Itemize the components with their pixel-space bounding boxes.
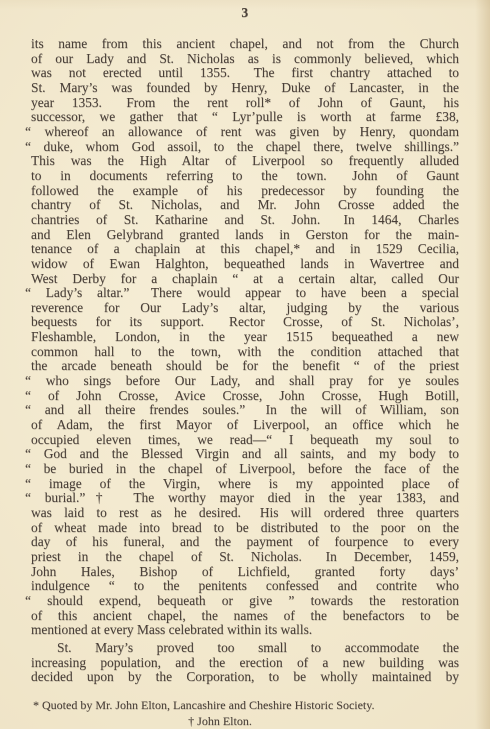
text-line: “ be buried in the chapel of Liverpool, …	[25, 462, 459, 477]
text-line: of this ancient chapel, the names of the…	[31, 609, 459, 624]
text-line: “ whereof an allowance of rent was given…	[25, 125, 459, 140]
text-line: John Hales, Bishop of Lichfield, granted…	[31, 565, 459, 580]
text-line: St. Mary’s was founded by Henry, Duke of…	[31, 81, 459, 96]
text-line: of wheat made into bread to be distribut…	[31, 521, 459, 536]
text-line: “ duke, whom God assoil, to the chapel t…	[25, 140, 459, 155]
text-line: “ God and the Blessed Virgin and all sai…	[25, 447, 459, 462]
text-line: “ who sings before Our Lady, and shall p…	[25, 374, 459, 389]
page-number: 3	[31, 5, 459, 21]
text-line: common hall to the town, with the condit…	[31, 345, 459, 360]
text-line: the arcade beneath should be for the ben…	[31, 359, 459, 374]
text-line: West Derby for a chaplain “ at a certain…	[31, 272, 459, 287]
text-line: chantry of St. Nicholas, and Mr. John Cr…	[31, 198, 459, 213]
text-line: was not erected until 1355. The first ch…	[31, 66, 459, 81]
text-line: widow of Ewan Halghton, bequeathed lands…	[31, 257, 459, 272]
text-line: mentioned at every Mass celebrated withi…	[31, 623, 459, 638]
text-line: increasing population, and the erection …	[31, 656, 459, 671]
text-line: chantries of St. Katharine and St. John.…	[31, 213, 459, 228]
text-line: “ should expend, bequeath or give ” towa…	[25, 594, 459, 609]
text-line: year 1353. From the rent roll* of John o…	[31, 96, 459, 111]
text-line: “ image of the Virgin, where is my appoi…	[25, 477, 459, 492]
text-line: was laid to rest as he desired. His will…	[31, 506, 459, 521]
text-line: successor, we gather that “ Lyr’pulle is…	[31, 110, 459, 125]
book-page: 3 its name from this ancient chapel, and…	[0, 0, 490, 729]
text-line: of Adam, the first Mayor of Liverpool, a…	[31, 418, 459, 433]
paragraph-chapel-history: its name from this ancient chapel, and n…	[31, 37, 459, 638]
text-line: This was the High Altar of Liverpool so …	[31, 154, 459, 169]
text-line: decided upon by the Corporation, to be w…	[31, 670, 459, 685]
text-line: occupied eleven times, we read—“ I beque…	[31, 433, 459, 448]
footnote-dagger: † John Elton.	[31, 713, 459, 729]
footnotes: * Quoted by Mr. John Elton, Lancashire a…	[31, 697, 459, 729]
text-line: “ and all theire frendes soules.” In the…	[25, 403, 459, 418]
text-line: indulgence “ to the penitents confessed …	[31, 579, 459, 594]
text-line: St. Mary’s proved too small to accommoda…	[31, 641, 459, 656]
text-line: “ burial.”† The worthy mayor died in the…	[25, 491, 459, 506]
text-block: its name from this ancient chapel, and n…	[31, 37, 459, 729]
text-line: of our Lady and St. Nicholas as is commo…	[31, 52, 459, 67]
text-line: bequests for its support. Rector Crosse,…	[31, 315, 459, 330]
text-line: “ of John Crosse, Avice Crosse, John Cro…	[25, 389, 459, 404]
text-line: reverence for Our Lady’s altar, judging …	[31, 301, 459, 316]
footnote-asterisk: * Quoted by Mr. John Elton, Lancashire a…	[31, 697, 459, 713]
text-line: and Elen Gelybrand granted lands in Gers…	[31, 228, 459, 243]
text-line: “ Lady’s altar.” There would appear to h…	[25, 286, 459, 301]
text-line: Fleshamble, London, in the year 1515 beq…	[31, 330, 459, 345]
text-line: followed the example of his predecessor …	[31, 184, 459, 199]
text-line: priest in the chapel of St. Nicholas. In…	[31, 550, 459, 565]
paragraph-new-building: St. Mary’s proved too small to accommoda…	[31, 641, 459, 685]
text-line: to in documents referring to the town. J…	[31, 169, 459, 184]
text-line: day of his funeral, and the payment of f…	[31, 535, 459, 550]
text-line: tenance of a chaplain at this chapel,* a…	[31, 242, 459, 257]
text-line: its name from this ancient chapel, and n…	[31, 37, 459, 52]
